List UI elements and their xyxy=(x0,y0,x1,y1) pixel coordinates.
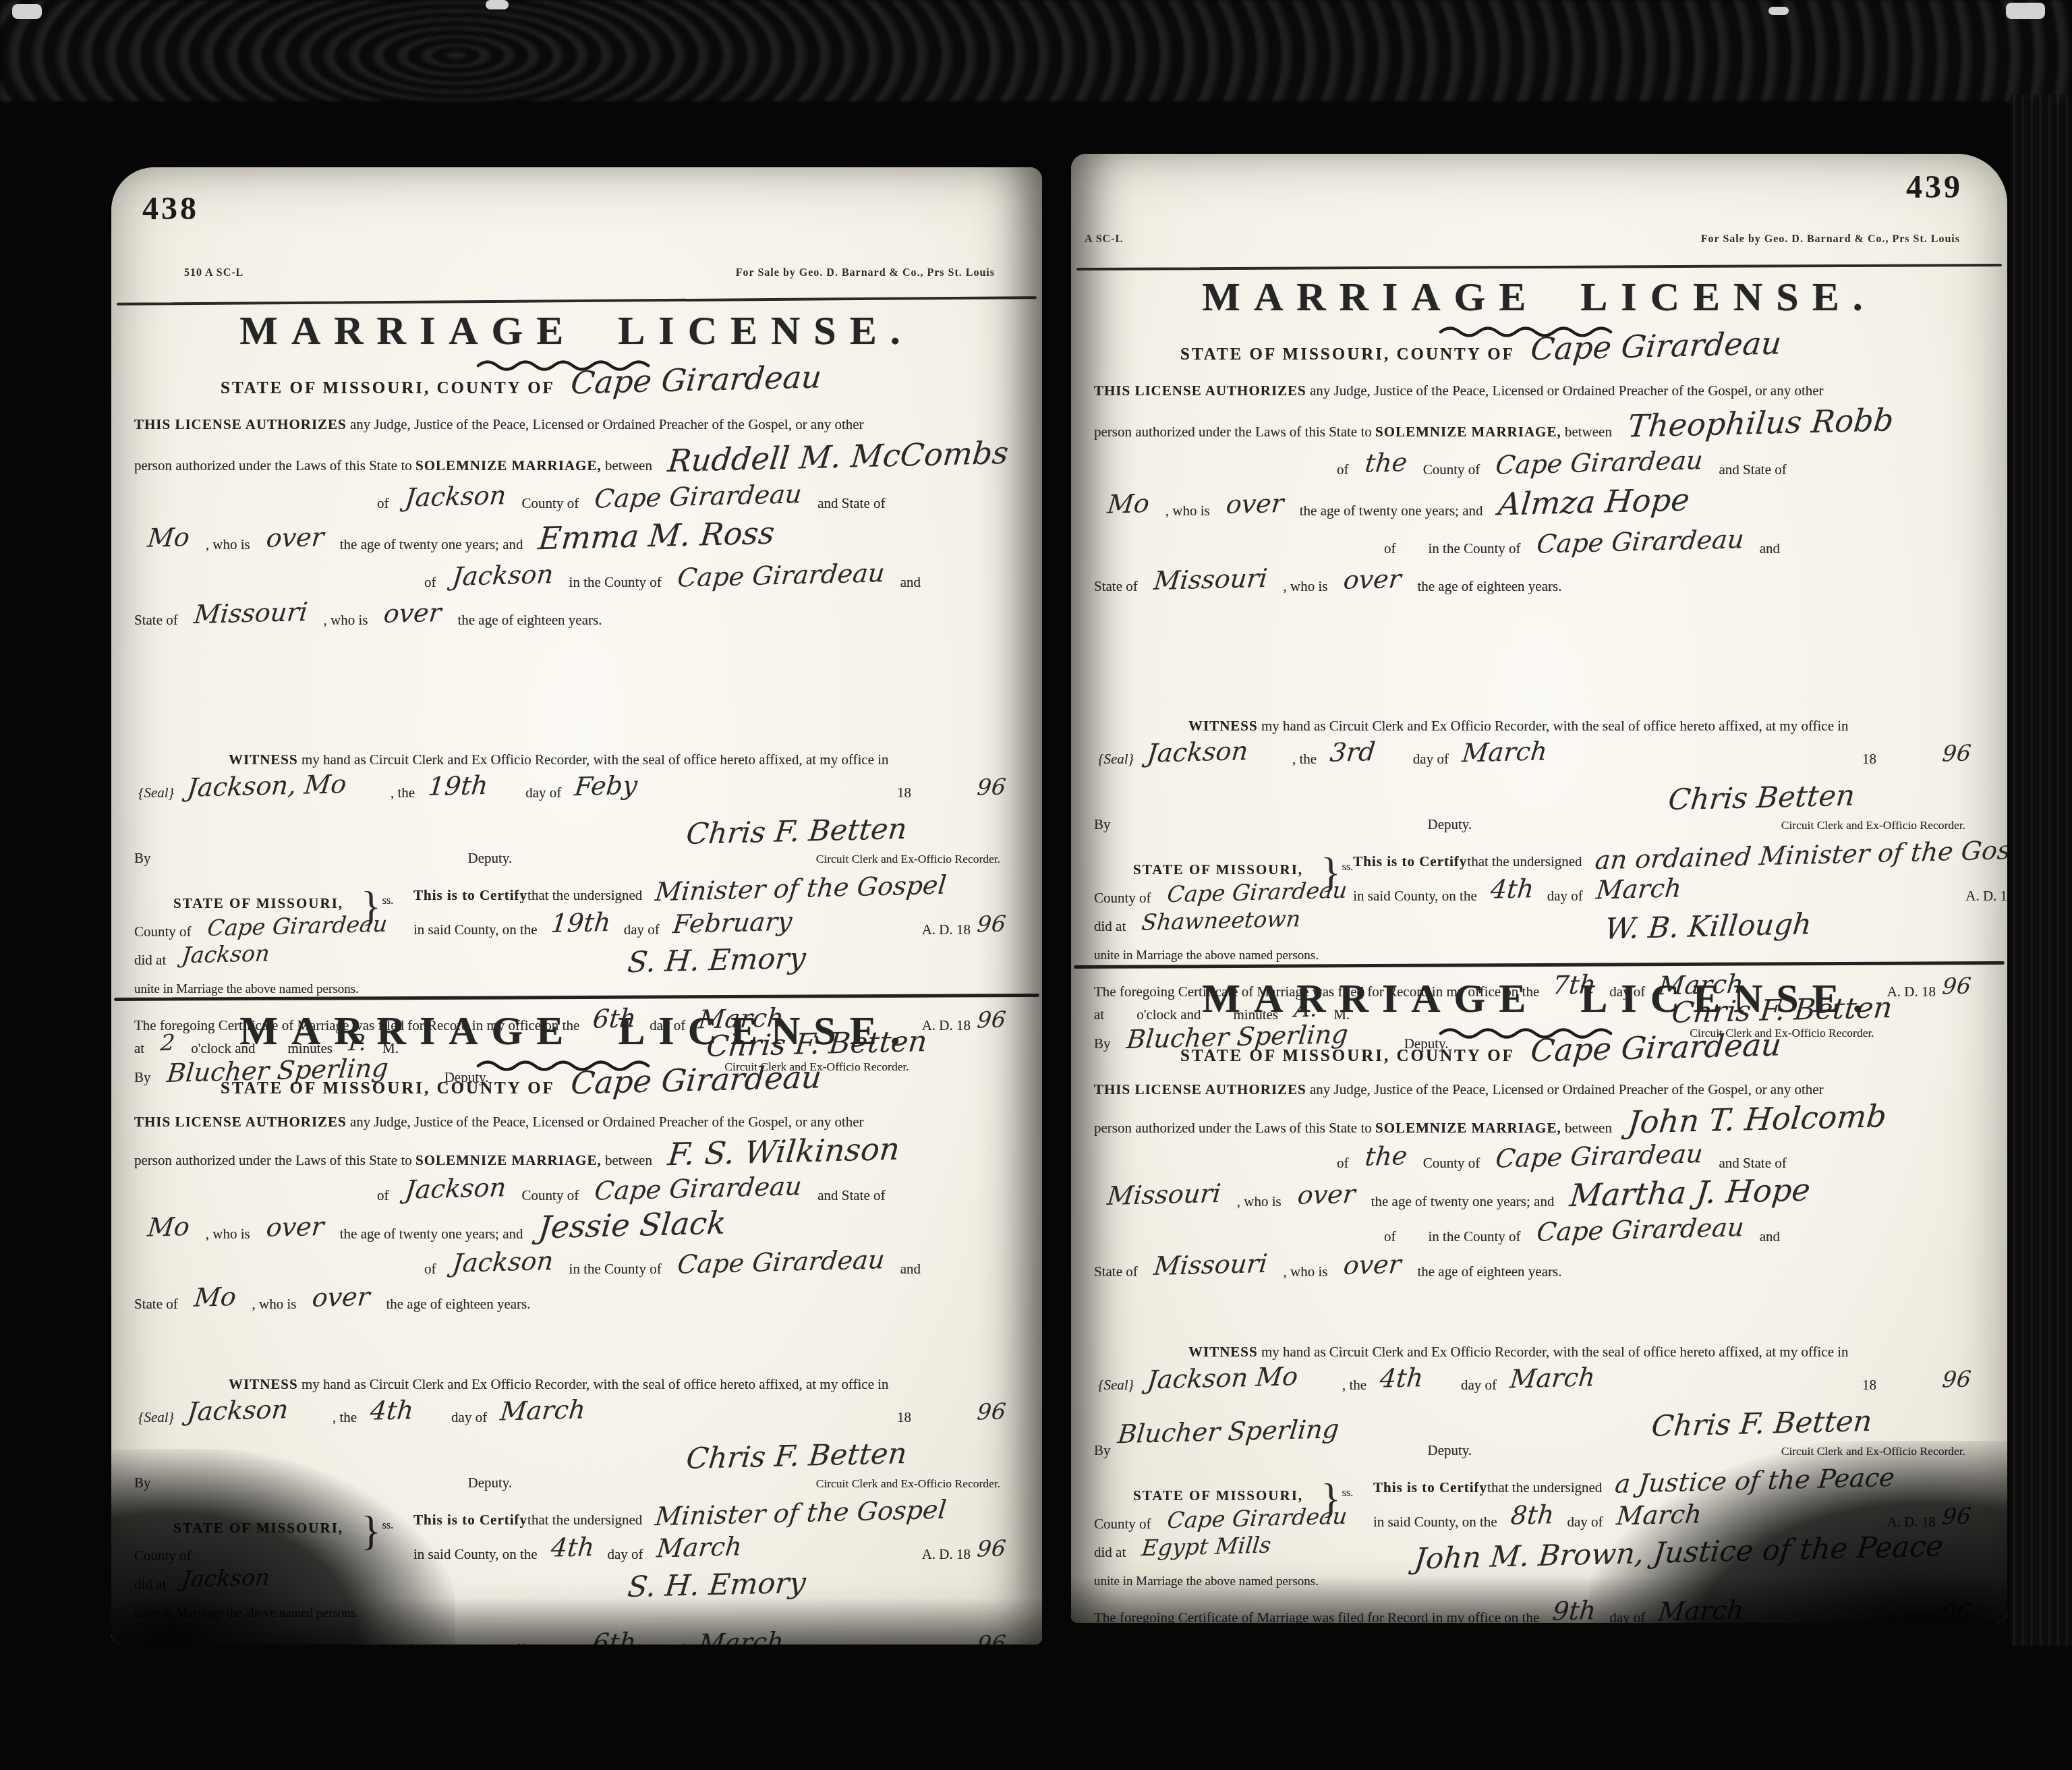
unite-label: unite in Marriage the above named person… xyxy=(134,982,361,997)
deputy-label: Deputy. xyxy=(1428,816,1472,833)
groom-residence-handwritten: Jackson xyxy=(404,488,507,505)
who-is-label: , who is xyxy=(323,612,368,628)
witness-deputy-signature xyxy=(1107,805,1526,816)
witness-line: WITNESS my hand as Circuit Clerk and Ex … xyxy=(134,1376,1019,1393)
groom-county-handwritten: Cape Girardeau xyxy=(594,1179,803,1198)
witness-bold: WITNESS xyxy=(229,1376,298,1392)
witness-rest: my hand as Circuit Clerk and Ex Officio … xyxy=(298,1376,889,1392)
witness-clerk-signature: Chris F. Betten xyxy=(685,822,907,843)
between-label: between xyxy=(602,1152,652,1168)
scan-artifact-blob xyxy=(486,0,509,9)
witness-line: WITNESS my hand as Circuit Clerk and Ex … xyxy=(134,751,1019,768)
authorize-rest: any Judge, Justice of the Peace, License… xyxy=(1306,1081,1824,1097)
witness-year-handwritten: 96 xyxy=(1942,1373,1972,1386)
groom-residence-handwritten: the xyxy=(1364,455,1407,470)
ad-18-label: A. D. 18 xyxy=(1965,888,2007,905)
certify-rest: that the undersigned xyxy=(527,887,642,904)
groom-age-line: Mo , who is over the age of twenty one y… xyxy=(134,530,1019,553)
solemnize-label: SOLEMNIZE MARRIAGE, xyxy=(415,1152,602,1168)
between-line: person authorized under the Laws of this… xyxy=(134,451,1019,474)
clerk-title-label: Circuit Clerk and Ex-Officio Recorder. xyxy=(1781,818,1984,832)
in-county-of-label: in the County of xyxy=(569,1261,662,1277)
by-deputy-row: By Deputy. Circuit Clerk and Ex-Officio … xyxy=(1094,816,1984,833)
state-county-label: STATE OF MISSOURI, COUNTY OF xyxy=(221,1079,555,1097)
state-county-line: STATE OF MISSOURI, COUNTY OF Cape Girard… xyxy=(1094,341,1984,364)
witness-bold: WITNESS xyxy=(1188,1344,1258,1360)
certificate-left-column: STATE OF MISSOURI, County of Cape Girard… xyxy=(134,884,361,997)
groom-age-handwritten: over xyxy=(266,530,324,546)
bride-state-handwritten: Missouri xyxy=(1153,571,1267,588)
who-is-label: , who is xyxy=(1283,578,1327,594)
day-of-label: day of xyxy=(1547,888,1583,905)
bride-age-handwritten: over xyxy=(383,606,442,621)
certificate-day-handwritten: 19th xyxy=(550,915,610,931)
certificate-place-handwritten: Egypt Mills xyxy=(1141,1539,1271,1555)
county-of-label: County of xyxy=(1094,890,1151,906)
did-at-label: did at xyxy=(134,952,166,968)
in-county-of-label: in the County of xyxy=(1429,1228,1521,1245)
state-of-missouri-label: STATE OF MISSOURI, xyxy=(134,895,361,912)
groom-age-handwritten: over xyxy=(1226,496,1284,512)
state-of-missouri-label: STATE OF MISSOURI, xyxy=(1094,1487,1321,1504)
state-of-label: State of xyxy=(134,1296,178,1312)
film-edge-streaks xyxy=(2010,94,2072,1646)
clerk-title-label: Circuit Clerk and Ex-Officio Recorder. xyxy=(816,1477,1019,1491)
and-label: and xyxy=(900,1261,921,1277)
in-said-county-label: in said County, on the xyxy=(413,921,538,938)
bride-name-handwritten: Emma M. Ross xyxy=(538,525,776,548)
scan-shadow xyxy=(1071,1576,2007,1623)
certificate-county-handwritten: Cape Girardeau xyxy=(206,918,387,935)
witness-signature-row: Chris Betten xyxy=(1094,778,1984,813)
and-label: and xyxy=(900,574,921,590)
certificate-day-handwritten: 4th xyxy=(1490,882,1534,896)
witness-signature-row: Chris F. Betten xyxy=(134,812,1019,847)
marriage-license-form-1: MARRIAGE LICENSE. STATE OF MISSOURI, COU… xyxy=(111,308,1042,1086)
bride-age-line: State of Missouri , who is over the age … xyxy=(134,609,1019,629)
groom-residence-line: of Jackson County of Cape Girardeau and … xyxy=(134,1184,1019,1204)
witness-deputy-signature xyxy=(147,840,561,850)
witness-month-handwritten: March xyxy=(500,1402,586,1419)
certificate-county-line: County of Cape Girardeau xyxy=(1094,889,1321,907)
bride-residence-line: of in the County of Cape Girardeau and xyxy=(1094,1226,1984,1245)
officiant-signature: W. B. Killough xyxy=(1604,917,1812,938)
groom-residence-line: of the County of Cape Girardeau and Stat… xyxy=(1094,1152,1984,1172)
of-label: of xyxy=(1337,461,1349,478)
form-title: MARRIAGE LICENSE. xyxy=(1094,975,1984,1022)
bride-name-handwritten: Jessie Slack xyxy=(538,1215,727,1236)
groom-name-handwritten: Ruddell M. McCombs xyxy=(667,445,1009,470)
bride-residence-handwritten: Jackson xyxy=(451,1254,554,1271)
certificate-block: STATE OF MISSOURI, County of Cape Girard… xyxy=(1094,851,1984,963)
groom-residence-line: of the County of Cape Girardeau and Stat… xyxy=(1094,459,1984,478)
of-label: of xyxy=(377,1187,389,1203)
county-of-label: County of xyxy=(1423,461,1480,478)
county-of-label: County of xyxy=(522,1187,579,1203)
scan-artifact-blob xyxy=(12,4,42,19)
the-label: , the xyxy=(391,784,415,801)
day-of-label: day of xyxy=(1413,751,1449,768)
of-label: of xyxy=(424,1261,436,1277)
witness-place-handwritten: Jackson xyxy=(1147,744,1249,761)
seal-mark: {Seal} xyxy=(138,784,174,801)
groom-name-handwritten: John T. Holcomb xyxy=(1627,1108,1887,1131)
between-line: person authorized under the Laws of this… xyxy=(1094,1114,1984,1137)
the-label: , the xyxy=(333,1409,357,1426)
groom-age-line: Missouri , who is over the age of twenty… xyxy=(1094,1187,1984,1210)
in-county-of-label: in the County of xyxy=(1429,540,1521,556)
bride-county-handwritten: Cape Girardeau xyxy=(1536,1220,1744,1239)
clerk-title-label: Circuit Clerk and Ex-Officio Recorder. xyxy=(816,852,1019,866)
page-top-rule xyxy=(117,296,1037,306)
unite-label: unite in Marriage the above named person… xyxy=(1094,948,1321,963)
groom-name-handwritten: F. S. Wilkinson xyxy=(667,1141,900,1164)
officiant-title-handwritten: Minister of the Gospel xyxy=(655,878,947,899)
between-line: person authorized under the Laws of this… xyxy=(1094,418,1984,440)
certificate-place-handwritten: Jackson xyxy=(181,947,270,961)
deputy-label: Deputy. xyxy=(468,850,513,867)
certify-line: This is to Certify that the undersigned … xyxy=(1353,851,2007,870)
and-label: and xyxy=(1760,540,1780,556)
bride-state-handwritten: Mo xyxy=(194,1290,237,1305)
witness-deputy-signature: Blucher Sperling xyxy=(1106,1418,1527,1442)
certify-line: This is to Certify that the undersigned … xyxy=(413,1509,1019,1529)
witness-year-handwritten: 96 xyxy=(1942,747,1972,760)
witness-clerk-signature: Chris Betten xyxy=(1668,789,1855,809)
witness-place-handwritten: Jackson xyxy=(187,1402,289,1419)
age-18-label: the age of eighteen years. xyxy=(1417,1263,1561,1280)
blank-space xyxy=(134,629,1019,708)
witness-day-handwritten: 19th xyxy=(428,778,488,794)
certificate-date-line: in said County, on the 4th day of March … xyxy=(1353,885,2007,905)
bride-residence-line: of Jackson in the County of Cape Girarde… xyxy=(134,1258,1019,1278)
certify-bold: This is to Certify xyxy=(413,887,527,904)
page-number-right: 439 xyxy=(1906,169,1963,206)
blank-space xyxy=(1094,1280,1984,1313)
between-label: between xyxy=(602,457,652,474)
certificate-year-handwritten: 96 xyxy=(977,917,1006,930)
state-county-line: STATE OF MISSOURI, COUNTY OF Cape Girard… xyxy=(1094,1042,1984,1066)
witness-clerk-signature: Chris F. Betten xyxy=(685,1446,907,1468)
groom-age-line: Mo , who is over the age of twenty one y… xyxy=(1094,496,1984,519)
certificate-place-handwritten: Shawneetown xyxy=(1141,913,1301,929)
certificate-date-line: in said County, on the 4th day of March … xyxy=(413,1543,1019,1563)
state-of-label: State of xyxy=(1094,1263,1138,1280)
authorize-bold: THIS LICENSE AUTHORIZES xyxy=(134,416,347,432)
groom-age-handwritten: over xyxy=(266,1220,324,1235)
certificate-county-line: County of Cape Girardeau xyxy=(1094,1515,1321,1533)
year-18-label: 18 xyxy=(1862,1377,1876,1394)
authorize-line: THIS LICENSE AUTHORIZES any Judge, Justi… xyxy=(1094,1081,1984,1098)
by-label: By xyxy=(134,850,151,867)
did-at-label: did at xyxy=(1094,918,1126,934)
blank-space xyxy=(134,1313,1019,1345)
small-print-row: A SC-L For Sale by Geo. D. Barnard & Co.… xyxy=(1085,233,1960,246)
deputy-label: Deputy. xyxy=(468,1475,513,1491)
officiant-signature-row: S. H. Emory xyxy=(413,956,1019,976)
certificate-right-column: This is to Certify that the undersigned … xyxy=(413,884,1019,997)
county-handwritten: Cape Girardeau xyxy=(1530,335,1782,358)
witness-month-handwritten: March xyxy=(1462,744,1548,760)
bride-residence-line: of Jackson in the County of Cape Girarde… xyxy=(134,571,1019,591)
groom-state-handwritten: Mo xyxy=(1107,496,1150,511)
certificate-month-handwritten: March xyxy=(1596,881,1682,897)
age-21-label: the age of twenty one years; and xyxy=(340,536,523,552)
county-handwritten: Cape Girardeau xyxy=(570,1068,822,1091)
witness-year-handwritten: 96 xyxy=(977,780,1006,793)
witness-day-handwritten: 4th xyxy=(1379,1371,1424,1386)
ad-18-label: A. D. 18 xyxy=(922,921,976,938)
bride-name-handwritten: Martha J. Hope xyxy=(1570,1182,1812,1205)
certify-bold: This is to Certify xyxy=(1353,853,1467,870)
day-of-label: day of xyxy=(1461,1377,1497,1394)
officiant-title-handwritten: Minister of the Gospel xyxy=(655,1503,947,1524)
ss-label: ss. xyxy=(1342,1487,1353,1500)
certificate-county-handwritten: Cape Girardeau xyxy=(1166,884,1347,901)
witness-signature-row: Blucher Sperling Chris F. Betten xyxy=(1094,1404,1984,1439)
bride-name-handwritten: Almza Hope xyxy=(1498,492,1691,513)
witness-rest: my hand as Circuit Clerk and Ex Officio … xyxy=(1258,1344,1849,1360)
authorize-bold: THIS LICENSE AUTHORIZES xyxy=(1094,1081,1306,1097)
person-authorized-label: person authorized under the Laws of this… xyxy=(1094,424,1375,440)
witness-line: WITNESS my hand as Circuit Clerk and Ex … xyxy=(1094,1344,1984,1361)
certificate-day-handwritten: 4th xyxy=(550,1540,594,1555)
film-texture-top xyxy=(0,0,2072,101)
county-of-label: County of xyxy=(1094,1516,1151,1532)
form-stock-number: 510 A SC-L xyxy=(184,267,243,279)
certificate-block: STATE OF MISSOURI, County of Cape Girard… xyxy=(134,884,1019,997)
state-of-missouri-label: STATE OF MISSOURI, xyxy=(1094,861,1321,878)
age-18-label: the age of eighteen years. xyxy=(386,1296,530,1312)
the-label: , the xyxy=(1292,751,1317,768)
groom-county-handwritten: Cape Girardeau xyxy=(1495,453,1704,472)
ss-brace: } ss. xyxy=(1321,1477,1373,1589)
solemnize-label: SOLEMNIZE MARRIAGE, xyxy=(1375,1120,1561,1136)
by-label: By xyxy=(1094,1442,1111,1459)
witness-clerk-signature: Chris F. Betten xyxy=(1650,1414,1872,1435)
witness-month-handwritten: Feby xyxy=(574,778,638,794)
certify-line: This is to Certify that the undersigned … xyxy=(413,884,1019,904)
seal-mark: {Seal} xyxy=(138,1409,174,1426)
certificate-left-column: STATE OF MISSOURI, County of Cape Girard… xyxy=(1094,1477,1321,1589)
officiant-title-handwritten: an ordained Minister of the Gospel xyxy=(1594,843,2007,867)
groom-state-handwritten: Missouri xyxy=(1107,1187,1221,1203)
scan-artifact-blob xyxy=(2006,3,2045,19)
witness-year-handwritten: 96 xyxy=(977,1405,1006,1418)
authorize-bold: THIS LICENSE AUTHORIZES xyxy=(1094,382,1306,399)
and-state-of-label: and State of xyxy=(817,1187,885,1203)
county-handwritten: Cape Girardeau xyxy=(570,368,822,391)
ss-brace: } ss. xyxy=(361,884,413,997)
did-at-line: did at Jackson xyxy=(134,951,361,969)
officiant-signature: S. H. Emory xyxy=(627,1576,806,1596)
form-title: MARRIAGE LICENSE. xyxy=(134,1008,1019,1054)
did-at-line: did at Egypt Mills xyxy=(1094,1543,1321,1561)
witness-rest: my hand as Circuit Clerk and Ex Officio … xyxy=(298,751,889,768)
page-top-rule xyxy=(1076,264,2002,270)
groom-age-handwritten: over xyxy=(1297,1187,1356,1203)
age-18-label: the age of eighteen years. xyxy=(457,612,602,628)
groom-age-line: Mo , who is over the age of twenty one y… xyxy=(134,1220,1019,1243)
of-label: of xyxy=(377,495,389,511)
groom-state-handwritten: Mo xyxy=(147,530,190,545)
bride-county-handwritten: Cape Girardeau xyxy=(677,1253,885,1272)
county-of-label: County of xyxy=(522,495,579,511)
state-county-line: STATE OF MISSOURI, COUNTY OF Cape Girard… xyxy=(134,374,1019,398)
who-is-label: , who is xyxy=(252,1296,297,1312)
seal-date-line: {Seal} Jackson Mo , the 4th day of March… xyxy=(1094,1374,1984,1394)
scan-artifact-blob xyxy=(1768,7,1789,15)
and-state-of-label: and State of xyxy=(1719,1155,1786,1171)
state-of-label: State of xyxy=(134,612,178,628)
of-label: of xyxy=(1384,1228,1396,1245)
witness-day-handwritten: 3rd xyxy=(1329,745,1376,760)
certify-bold: This is to Certify xyxy=(1373,1479,1487,1496)
of-label: of xyxy=(1337,1155,1349,1171)
state-county-line: STATE OF MISSOURI, COUNTY OF Cape Girard… xyxy=(134,1075,1019,1098)
solemnize-label: SOLEMNIZE MARRIAGE, xyxy=(415,457,602,474)
bride-age-handwritten: over xyxy=(312,1290,370,1305)
county-of-label: County of xyxy=(134,923,192,940)
blank-space xyxy=(1094,595,1984,675)
in-said-county-label: in said County, on the xyxy=(1353,888,1477,905)
bride-age-handwritten: over xyxy=(1343,1257,1402,1273)
state-county-label: STATE OF MISSOURI, COUNTY OF xyxy=(221,379,555,397)
certify-rest: that the undersigned xyxy=(1467,853,1582,870)
witness-month-handwritten: March xyxy=(1509,1370,1596,1386)
age-21-label: the age of twenty one years; and xyxy=(1300,503,1483,519)
certificate-right-column: This is to Certify that the undersigned … xyxy=(1353,851,2007,963)
and-label: and xyxy=(1760,1228,1780,1245)
seal-mark: {Seal} xyxy=(1098,1377,1134,1394)
county-handwritten: Cape Girardeau xyxy=(1530,1036,1782,1059)
printer-credit: For Sale by Geo. D. Barnard & Co., Prs S… xyxy=(736,267,995,279)
bride-county-handwritten: Cape Girardeau xyxy=(1536,532,1744,551)
bride-state-handwritten: Missouri xyxy=(1153,1257,1267,1274)
bride-residence-handwritten: Jackson xyxy=(451,567,554,584)
printer-credit: For Sale by Geo. D. Barnard & Co., Prs S… xyxy=(1701,233,1960,246)
between-label: between xyxy=(1561,424,1612,440)
certificate-left-column: STATE OF MISSOURI, County of Cape Girard… xyxy=(1094,851,1321,963)
deputy-label: Deputy. xyxy=(1428,1442,1472,1459)
who-is-label: , who is xyxy=(1283,1263,1327,1280)
authorize-rest: any Judge, Justice of the Peace, License… xyxy=(347,1114,864,1130)
groom-residence-handwritten: the xyxy=(1364,1149,1407,1164)
certify-rest: that the undersigned xyxy=(527,1512,642,1529)
of-label: of xyxy=(1384,540,1396,556)
county-of-label: County of xyxy=(1423,1155,1480,1171)
certificate-date-line: in said County, on the 19th day of Febru… xyxy=(413,919,1019,938)
the-label: , the xyxy=(1342,1377,1366,1394)
authorize-rest: any Judge, Justice of the Peace, License… xyxy=(1306,382,1824,399)
certificate-year-handwritten: 96 xyxy=(977,1542,1006,1555)
witness-bold: WITNESS xyxy=(229,751,298,768)
state-of-label: State of xyxy=(1094,578,1138,594)
who-is-label: , who is xyxy=(1237,1193,1282,1209)
form-title: MARRIAGE LICENSE. xyxy=(134,308,1019,354)
did-at-line: did at Shawneetown xyxy=(1094,917,1321,935)
bride-county-handwritten: Cape Girardeau xyxy=(677,566,885,585)
groom-county-handwritten: Cape Girardeau xyxy=(594,487,803,506)
bride-residence-line: of in the County of Cape Girardeau and xyxy=(1094,538,1984,557)
year-18-label: 18 xyxy=(897,784,911,801)
solemnize-label: SOLEMNIZE MARRIAGE, xyxy=(1375,424,1561,440)
between-label: between xyxy=(1561,1120,1612,1136)
groom-state-handwritten: Mo xyxy=(147,1220,190,1234)
scan-shadow xyxy=(111,1597,1042,1645)
who-is-label: , who is xyxy=(1165,503,1210,519)
person-authorized-label: person authorized under the Laws of this… xyxy=(134,457,415,474)
in-county-of-label: in the County of xyxy=(569,574,662,590)
and-state-of-label: and State of xyxy=(817,495,885,511)
form-title: MARRIAGE LICENSE. xyxy=(1094,274,1984,320)
certificate-county-line: County of Cape Girardeau xyxy=(134,923,361,940)
marriage-license-form-3: MARRIAGE LICENSE. STATE OF MISSOURI, COU… xyxy=(1071,274,2007,1052)
authorize-line: THIS LICENSE AUTHORIZES any Judge, Justi… xyxy=(134,416,1019,433)
groom-county-handwritten: Cape Girardeau xyxy=(1495,1147,1704,1166)
age-18-label: the age of eighteen years. xyxy=(1417,578,1561,594)
witness-place-handwritten: Jackson, Mo xyxy=(187,777,347,795)
bride-age-line: State of Missouri , who is over the age … xyxy=(1094,1261,1984,1280)
year-18-label: 18 xyxy=(1862,751,1876,768)
seal-date-line: {Seal} Jackson , the 4th day of March 18… xyxy=(134,1406,1019,1426)
seal-mark: {Seal} xyxy=(1098,751,1134,768)
age-21-label: the age of twenty one years; and xyxy=(1371,1193,1555,1209)
witness-day-handwritten: 4th xyxy=(370,1403,414,1418)
year-18-label: 18 xyxy=(897,1409,911,1426)
authorize-rest: any Judge, Justice of the Peace, License… xyxy=(347,416,864,432)
ss-brace: } ss. xyxy=(1321,851,1353,963)
authorize-bold: THIS LICENSE AUTHORIZES xyxy=(134,1114,347,1130)
ad-18-label: A. D. 18 xyxy=(922,1546,976,1563)
did-at-label: did at xyxy=(1094,1544,1126,1560)
certificate-month-handwritten: February xyxy=(672,915,793,932)
groom-residence-line: of Jackson County of Cape Girardeau and … xyxy=(134,492,1019,512)
witness-bold: WITNESS xyxy=(1188,718,1258,734)
of-label: of xyxy=(424,574,436,590)
small-print-row: 510 A SC-L For Sale by Geo. D. Barnard &… xyxy=(184,267,995,279)
day-of-label: day of xyxy=(607,1546,643,1563)
who-is-label: , who is xyxy=(206,536,250,552)
bride-age-line: State of Mo , who is over the age of eig… xyxy=(134,1293,1019,1313)
certificate-month-handwritten: March xyxy=(656,1539,742,1555)
form-stock-number: A SC-L xyxy=(1085,233,1123,246)
day-of-label: day of xyxy=(451,1409,487,1426)
page-number-left: 438 xyxy=(142,190,199,227)
ss-label: ss. xyxy=(382,895,393,907)
groom-residence-handwritten: Jackson xyxy=(404,1180,507,1197)
day-of-label: day of xyxy=(525,784,561,801)
certificate-county-handwritten: Cape Girardeau xyxy=(1166,1510,1347,1527)
day-of-label: day of xyxy=(624,921,660,938)
bride-age-handwritten: over xyxy=(1343,572,1402,588)
ledger-page-right: 439 A SC-L For Sale by Geo. D. Barnard &… xyxy=(1071,154,2007,1623)
authorize-line: THIS LICENSE AUTHORIZES any Judge, Justi… xyxy=(134,1114,1019,1131)
witness-place-handwritten: Jackson Mo xyxy=(1147,1369,1299,1387)
by-label: By xyxy=(1094,816,1111,833)
officiant-signature-row: W. B. Killough xyxy=(1353,922,2007,942)
witness-line: WITNESS my hand as Circuit Clerk and Ex … xyxy=(1094,718,1984,735)
by-deputy-row: By Deputy. Circuit Clerk and Ex-Officio … xyxy=(134,850,1019,867)
certify-rest: that the undersigned xyxy=(1487,1479,1602,1496)
groom-name-handwritten: Theophilus Robb xyxy=(1627,411,1894,435)
between-line: person authorized under the Laws of this… xyxy=(134,1146,1019,1169)
witness-rest: my hand as Circuit Clerk and Ex Officio … xyxy=(1258,718,1849,734)
state-county-label: STATE OF MISSOURI, COUNTY OF xyxy=(1180,345,1515,364)
in-said-county-label: in said County, on the xyxy=(1373,1514,1497,1531)
bride-state-handwritten: Missouri xyxy=(193,605,308,622)
seal-date-line: {Seal} Jackson , the 3rd day of March 18… xyxy=(1094,748,1984,768)
